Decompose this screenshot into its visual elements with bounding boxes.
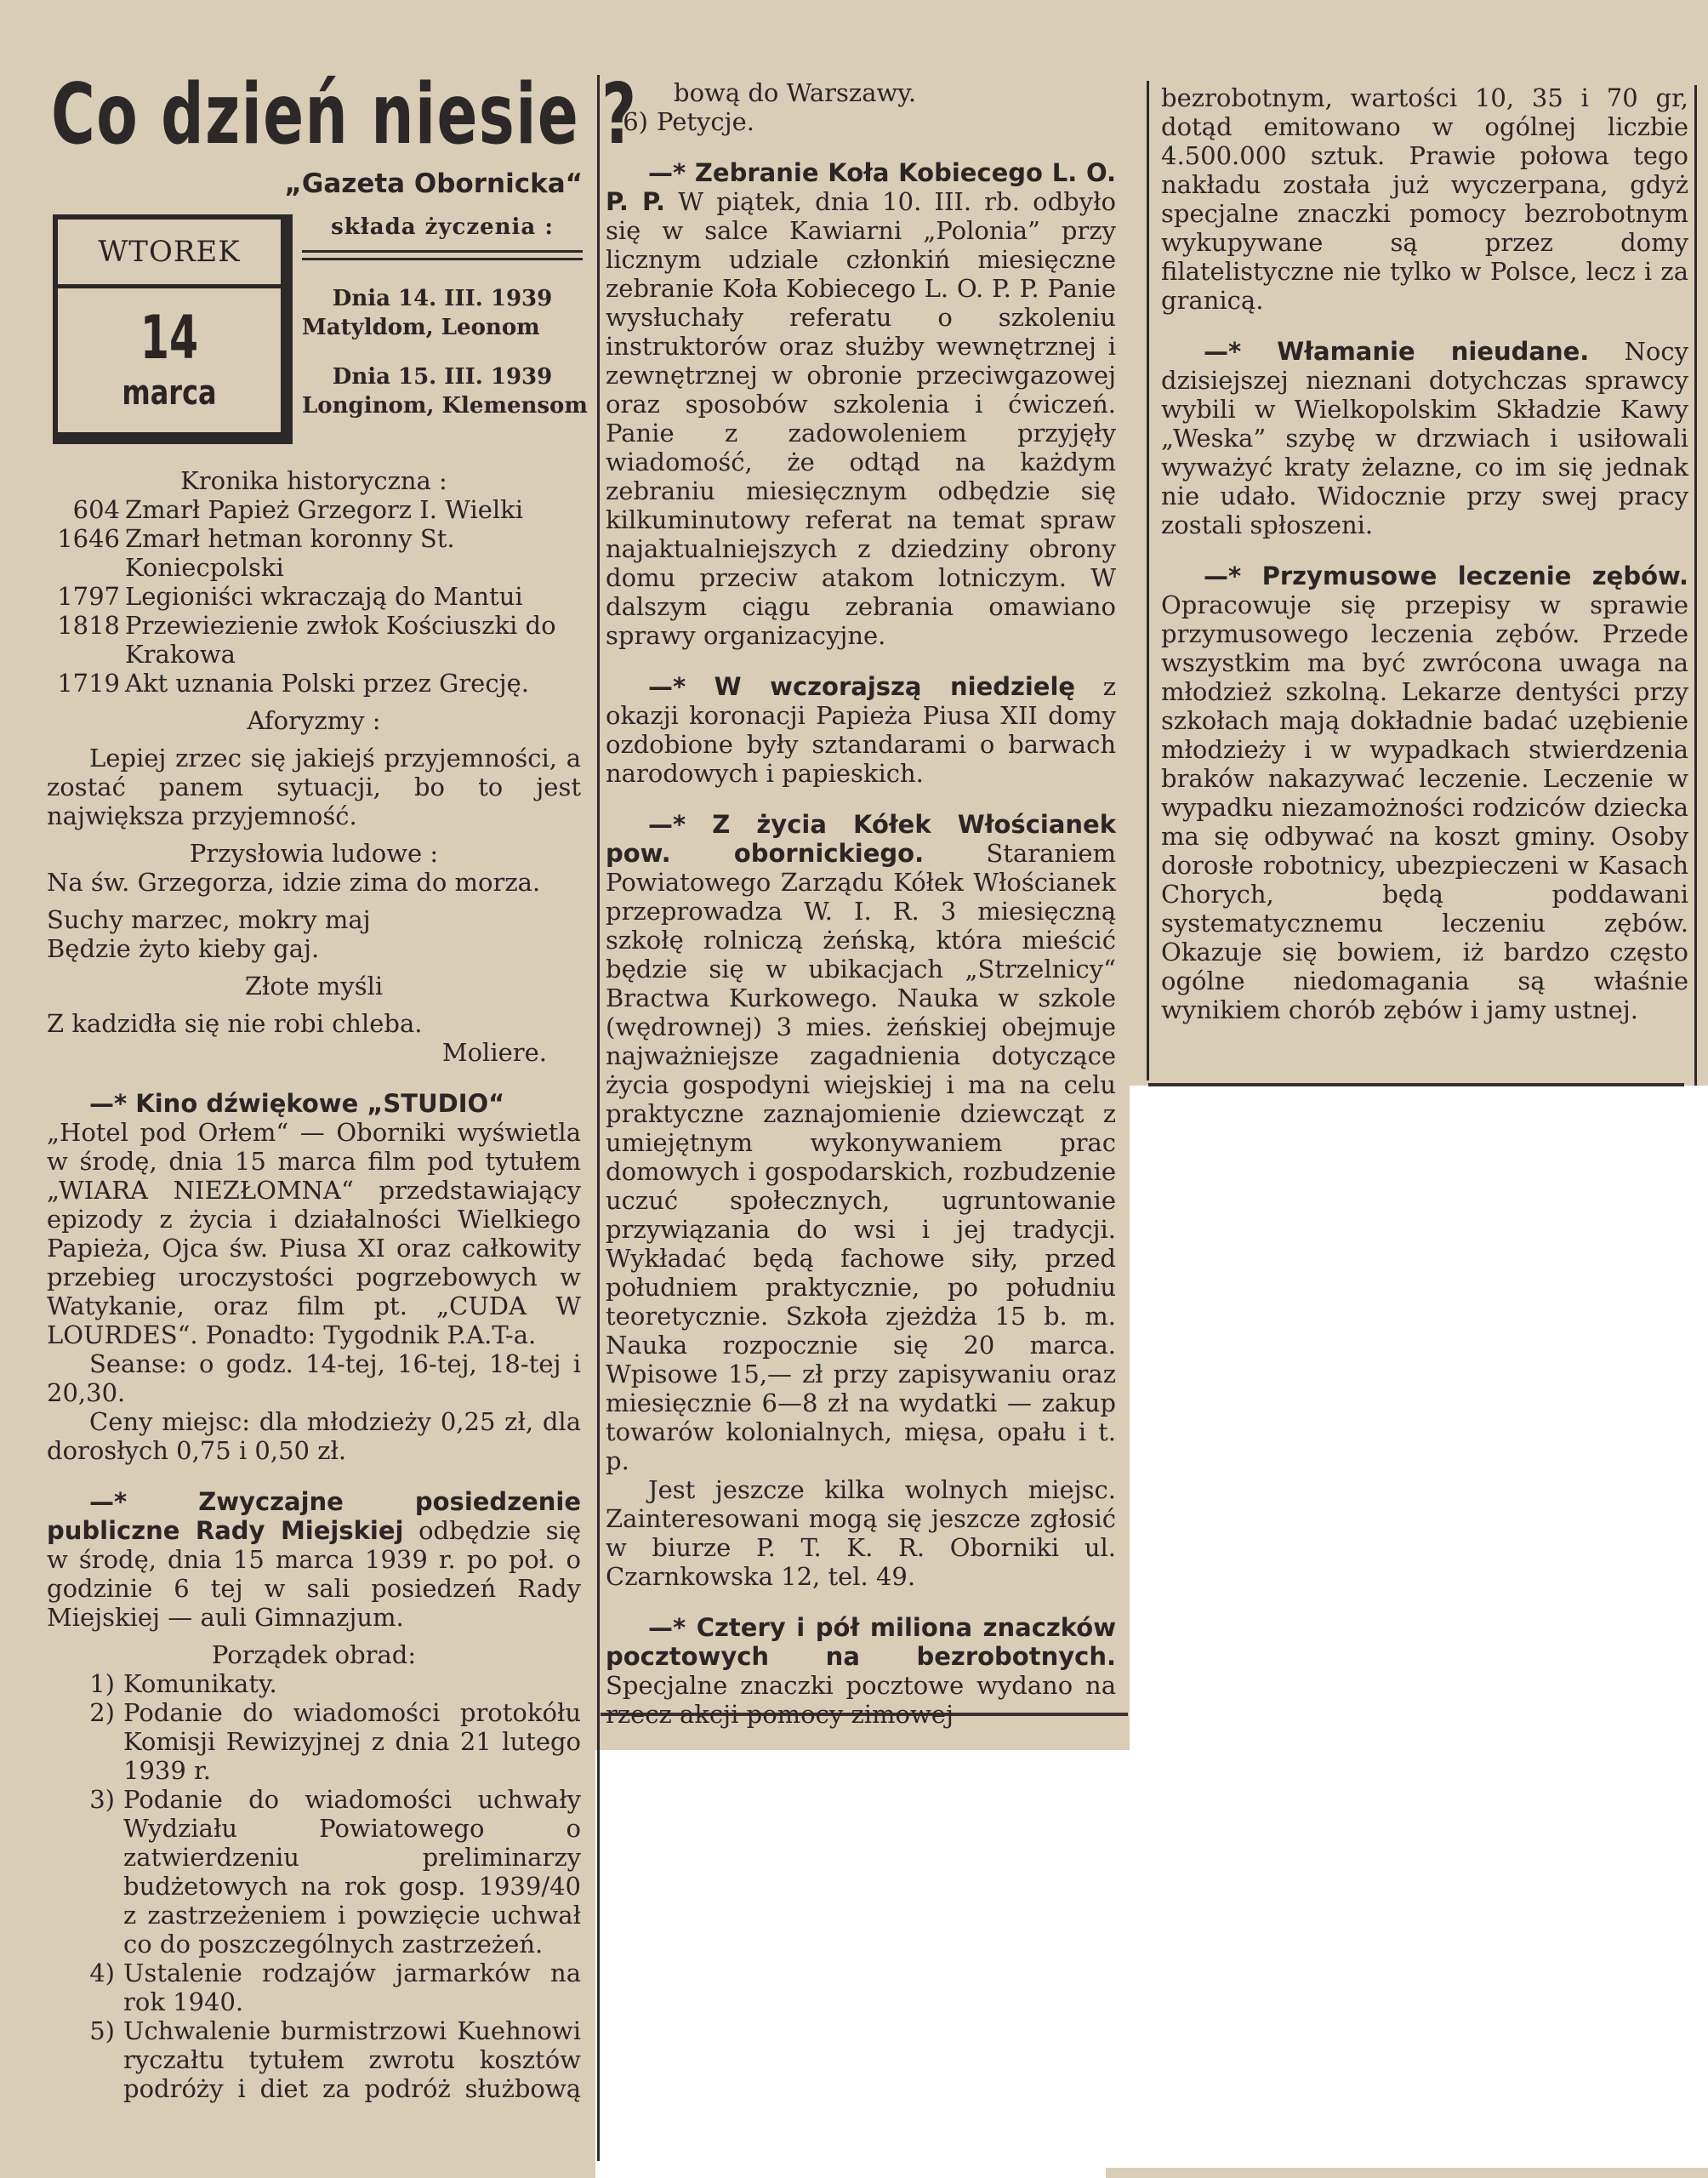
column-rule [597, 75, 600, 2161]
name-day-date: Dnia 15. III. 1939 [302, 362, 583, 391]
agenda-item: 1)Komunikaty. [47, 1669, 581, 1698]
chronicle-entry: 1646Zmarł hetman koronny St. Koniecpolsk… [47, 524, 581, 582]
article-headline-kino: —* Kino dźwiękowe „STUDIO“ [47, 1089, 581, 1118]
article-body-lopp: W piątek, dnia 10. III. rb. odbyło się w… [606, 187, 1116, 650]
agenda-item-continuation: bową do Warszawy. [606, 78, 1116, 107]
golden-thought-quote: Z kadzidła się nie robi chleba. [47, 1009, 581, 1038]
proverb-line: Będzie żyto kieby gaj. [47, 934, 581, 963]
middle-column: bową do Warszawy. 6)Petycje. —* Zebranie… [606, 78, 1116, 1729]
newspaper-name: „Gazeta Obornicka“ [247, 168, 583, 199]
right-column: bezrobotnym, wartości 10, 35 i 70 gr, do… [1161, 83, 1688, 1024]
agenda-item: 3)Podanie do wiadomości uchwały Wydziału… [47, 1785, 581, 1958]
proverb-line: Suchy marzec, mokry maj [47, 905, 581, 934]
article-body-kino: „Hotel pod Orłem“ — Oborniki wyświetla w… [47, 1118, 581, 1349]
left-column: Kronika historyczna : 604Zmarł Papież Gr… [47, 466, 581, 2103]
aphorisms-heading: Aforyzmy : [47, 706, 581, 735]
wishes-label: składa życzenia : [302, 213, 583, 242]
name-day-names: Matyldom, Leonom [302, 313, 583, 342]
proverbs-heading: Przysłowia ludowe : [47, 839, 581, 868]
clipping-bottom-strip [1106, 2168, 1708, 2178]
calendar-month: marca [80, 373, 259, 413]
name-day-names: Longinom, Klemensom [302, 391, 583, 420]
kino-prices: Ceny miejsc: dla młodzieży 0,25 zł, dla … [47, 1407, 581, 1465]
section-rule [1148, 1083, 1684, 1086]
double-rule [302, 250, 583, 260]
aphorism-text: Lepiej zrzec się jakiejś przyjemności, a… [47, 744, 581, 830]
calendar-weekday: WTOREK [58, 220, 281, 288]
article-body-znaczki-continued: bezrobotnym, wartości 10, 35 i 70 gr, do… [1161, 83, 1688, 315]
agenda-item: 6)Petycje. [606, 107, 1116, 136]
article-body-znaczki: Specjalne znaczki pocztowe wydano na rze… [606, 1671, 1116, 1729]
proverb-line: Na św. Grzegorza, idzie zima do morza. [47, 868, 581, 897]
kino-showtimes: Seanse: o godz. 14-tej, 16-tej, 18-tej i… [47, 1349, 581, 1407]
article-headline-niedziela: —* W wczorajszą niedzielę [648, 672, 1075, 701]
article-body-kolka: Staraniem Powiatowego Zarządu Kółek Włoś… [606, 839, 1116, 1475]
chronicle-entry: 1797Legioniści wkraczają do Mantui [47, 582, 581, 611]
chronicle-entry: 1818Przewiezienie zwłok Kościuszki do Kr… [47, 611, 581, 669]
agenda-item: 5)Uchwalenie burmistrzowi Kuehnowi rycza… [47, 2016, 581, 2103]
article-body-leczenie: Opracowuje się przepisy w sprawie przymu… [1161, 590, 1688, 1024]
page-title: Co dzień niesie ? [51, 66, 638, 163]
name-day-wishes: składa życzenia : Dnia 14. III. 1939 Mat… [302, 213, 583, 420]
calendar-card: WTOREK 14 marca [53, 214, 293, 444]
article-headline-wlamanie: —* Włamanie nieudane. [1204, 337, 1589, 366]
column-rule [1694, 85, 1697, 1086]
article-headline-znaczki: —* Cztery i pół miliona znaczków pocztow… [606, 1613, 1116, 1671]
agenda-item: 4)Ustalenie rodzajów jarmarków na rok 19… [47, 1958, 581, 2016]
article-body-kolka-2: Jest jeszcze kilka wolnych miejsc. Zaint… [606, 1475, 1116, 1591]
chronicle-entry: 1719Akt uznania Polski przez Grecję. [47, 669, 581, 698]
column-rule [1147, 81, 1149, 1080]
calendar-day-number: 14 [91, 304, 247, 372]
article-headline-leczenie: —* Przymusowe leczenie zębów. [1204, 562, 1688, 590]
article-body-wlamanie: Nocy dzisiejszej nieznani dotychczas spr… [1161, 337, 1688, 539]
agenda-item: 2)Podanie do wiadomości protokółu Komisj… [47, 1698, 581, 1785]
golden-thoughts-heading: Złote myśli [47, 972, 581, 1001]
chronicle-heading: Kronika historyczna : [47, 466, 581, 495]
agenda-heading: Porządek obrad: [47, 1640, 581, 1669]
chronicle-entry: 604Zmarł Papież Grzegorz I. Wielki [47, 495, 581, 524]
name-day-date: Dnia 14. III. 1939 [302, 284, 583, 313]
golden-thought-author: Moliere. [47, 1038, 581, 1067]
